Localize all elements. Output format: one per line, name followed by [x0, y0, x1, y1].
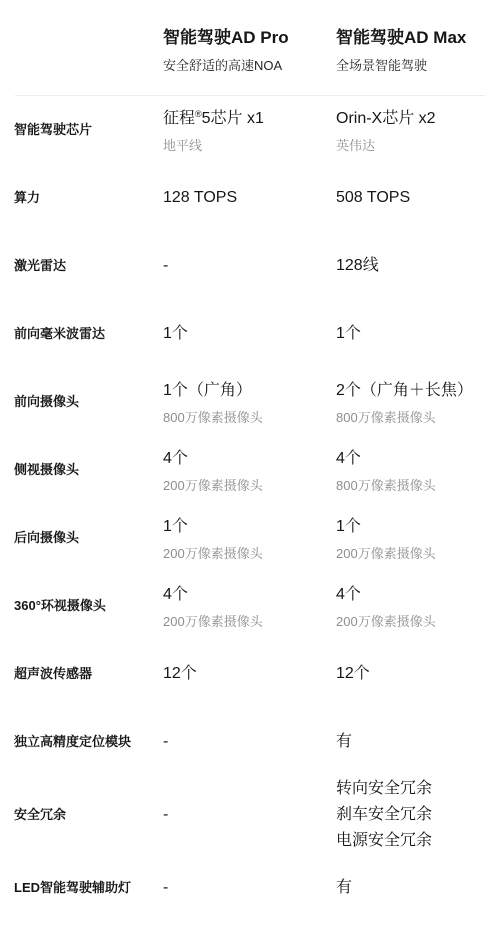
spec-value-subtext: 200万像素摄像头	[336, 545, 494, 563]
spec-row-safety-redundancy: 安全冗余 - 转向安全冗余 刹车安全冗余 电源安全冗余	[14, 776, 500, 854]
spec-label: 360°环视摄像头	[14, 597, 163, 615]
column-header-ad-max: 智能驾驶AD Max 全场景智能驾驶	[336, 27, 500, 75]
spec-label: 超声波传感器	[14, 665, 163, 683]
spec-value-subtext: 800万像素摄像头	[336, 409, 494, 427]
spec-label: LED智能驾驶辅助灯	[14, 879, 163, 897]
column-title-ad-max: 智能驾驶AD Max	[336, 27, 494, 49]
spec-row-front-radar: 前向毫米波雷达 1个 1个	[14, 300, 500, 368]
spec-value-text: 128 TOPS	[163, 185, 330, 211]
spec-value-text: -	[163, 875, 330, 901]
spec-value-pro: 征程®5芯片 x1 地平线	[163, 106, 336, 155]
chip-name-pro: 征程®5芯片 x1	[163, 106, 330, 132]
spec-value-text: 4个	[163, 446, 330, 472]
spec-value-pro: 4个 200万像素摄像头	[163, 582, 336, 631]
spec-value-text: -	[163, 802, 330, 828]
spec-value-pro: 1个 200万像素摄像头	[163, 514, 336, 563]
spec-value-subtext: 800万像素摄像头	[336, 477, 494, 495]
spec-value-max: 有	[336, 875, 500, 901]
spec-value-subtext: 200万像素摄像头	[163, 613, 330, 631]
spec-value-subtext: 800万像素摄像头	[163, 409, 330, 427]
spec-value-max: 1个 200万像素摄像头	[336, 514, 500, 563]
spec-value-text: -	[163, 253, 330, 279]
spec-value-max: 1个	[336, 321, 500, 347]
spec-value-max: 2个（广角＋长焦） 800万像素摄像头	[336, 378, 500, 427]
spec-value-text: 1个	[163, 321, 330, 347]
spec-label: 算力	[14, 189, 163, 207]
spec-value-pro: 1个（广角） 800万像素摄像头	[163, 378, 336, 427]
spec-value-pro: 1个	[163, 321, 336, 347]
chip-vendor-pro: 地平线	[163, 137, 330, 155]
spec-value-pro: -	[163, 729, 336, 755]
column-subtitle-ad-pro: 安全舒适的高速NOA	[163, 57, 330, 75]
spec-row-ultrasonic-sensor: 超声波传感器 12个 12个	[14, 640, 500, 708]
spec-value-max: 12个	[336, 661, 500, 687]
spec-value-max: 转向安全冗余 刹车安全冗余 电源安全冗余	[336, 776, 500, 854]
spec-row-chip: 智能驾驶芯片 征程®5芯片 x1 地平线 Orin-X芯片 x2 英伟达	[14, 96, 500, 164]
column-header-ad-pro: 智能驾驶AD Pro 安全舒适的高速NOA	[163, 27, 336, 75]
spec-value-pro: 4个 200万像素摄像头	[163, 446, 336, 495]
spec-value-max: Orin-X芯片 x2 英伟达	[336, 106, 500, 155]
chip-name-text: 征程	[163, 110, 195, 127]
spec-value-text: 4个	[163, 582, 330, 608]
spec-label: 侧视摄像头	[14, 461, 163, 479]
spec-value-text: 转向安全冗余 刹车安全冗余 电源安全冗余	[336, 776, 494, 854]
spec-value-max: 有	[336, 729, 500, 755]
spec-value-max: 4个 200万像素摄像头	[336, 582, 500, 631]
spec-label: 智能驾驶芯片	[14, 121, 163, 139]
column-subtitle-ad-max: 全场景智能驾驶	[336, 57, 494, 75]
spec-value-max: 128线	[336, 253, 500, 279]
spec-value-subtext: 200万像素摄像头	[163, 477, 330, 495]
spec-label: 后向摄像头	[14, 529, 163, 547]
spec-value-text: 128线	[336, 253, 494, 279]
spec-value-text: 508 TOPS	[336, 185, 494, 211]
spec-value-subtext: 200万像素摄像头	[336, 613, 494, 631]
spec-value-text: 1个	[336, 514, 494, 540]
spec-value-subtext: 200万像素摄像头	[163, 545, 330, 563]
registered-trademark-symbol: ®	[195, 109, 202, 119]
chip-vendor-max: 英伟达	[336, 137, 494, 155]
spec-value-pro: 12个	[163, 661, 336, 687]
spec-label: 独立高精度定位模块	[14, 733, 163, 751]
spec-comparison-table: 智能驾驶AD Pro 安全舒适的高速NOA 智能驾驶AD Max 全场景智能驾驶…	[0, 0, 500, 922]
spec-value-max: 508 TOPS	[336, 185, 500, 211]
spec-label: 前向毫米波雷达	[14, 325, 163, 343]
spec-value-text: 4个	[336, 582, 494, 608]
spec-row-front-camera: 前向摄像头 1个（广角） 800万像素摄像头 2个（广角＋长焦） 800万像素摄…	[14, 368, 500, 436]
chip-name-max: Orin-X芯片 x2	[336, 106, 494, 132]
spec-value-text: 1个	[336, 321, 494, 347]
spec-value-text: 12个	[163, 661, 330, 687]
chip-name-text: 5芯片 x1	[202, 110, 264, 127]
spec-row-lidar: 激光雷达 - 128线	[14, 232, 500, 300]
spec-label: 安全冗余	[14, 806, 163, 824]
spec-value-max: 4个 800万像素摄像头	[336, 446, 500, 495]
spec-value-pro: 128 TOPS	[163, 185, 336, 211]
spec-row-positioning-module: 独立高精度定位模块 - 有	[14, 708, 500, 776]
spec-value-pro: -	[163, 875, 336, 901]
spec-label: 前向摄像头	[14, 393, 163, 411]
spec-label: 激光雷达	[14, 257, 163, 275]
spec-row-rear-camera: 后向摄像头 1个 200万像素摄像头 1个 200万像素摄像头	[14, 504, 500, 572]
column-title-ad-pro: 智能驾驶AD Pro	[163, 27, 330, 49]
spec-row-side-camera: 侧视摄像头 4个 200万像素摄像头 4个 800万像素摄像头	[14, 436, 500, 504]
spec-value-text: 12个	[336, 661, 494, 687]
spec-row-computing-power: 算力 128 TOPS 508 TOPS	[14, 164, 500, 232]
spec-row-led-assist-light: LED智能驾驶辅助灯 - 有	[14, 854, 500, 922]
spec-value-text: 有	[336, 729, 494, 755]
spec-value-text: 有	[336, 875, 494, 901]
spec-value-text: 4个	[336, 446, 494, 472]
spec-value-pro: -	[163, 802, 336, 828]
spec-value-pro: -	[163, 253, 336, 279]
table-header: 智能驾驶AD Pro 安全舒适的高速NOA 智能驾驶AD Max 全场景智能驾驶	[14, 0, 500, 95]
spec-value-text: 1个	[163, 514, 330, 540]
spec-value-text: 2个（广角＋长焦）	[336, 378, 494, 404]
spec-value-text: 1个（广角）	[163, 378, 330, 404]
spec-row-surround-camera: 360°环视摄像头 4个 200万像素摄像头 4个 200万像素摄像头	[14, 572, 500, 640]
spec-value-text: -	[163, 729, 330, 755]
